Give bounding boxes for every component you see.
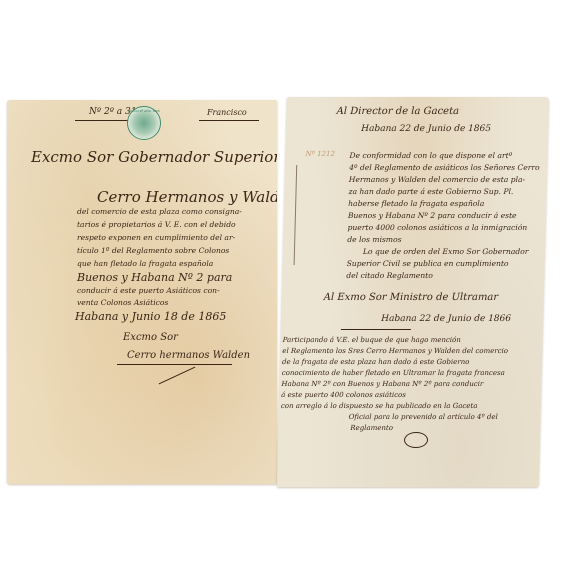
closing: Excmo Sor	[123, 333, 178, 343]
second-date: Habana 22 de Junio de 1866	[381, 315, 511, 324]
signature-flourish	[117, 364, 232, 365]
second-addressee: Al Exmo Sor Ministro de Ultramar	[324, 293, 499, 303]
header-right: Francisco	[207, 109, 247, 117]
place-date: Habana y Junio 18 de 1865	[75, 311, 226, 322]
petitioner: Cerro Hermanos y Walden	[97, 190, 277, 205]
date-line: Habana 22 de Junio de 1865	[361, 125, 491, 134]
header-right-underline	[199, 120, 259, 121]
right-document: Al Director de la Gaceta Habana 22 de Ju…	[277, 97, 549, 487]
addressee: Al Director de la Gaceta	[336, 107, 459, 117]
date-underline	[341, 329, 411, 330]
rubric-signature	[404, 432, 428, 448]
margin-rule	[294, 165, 298, 265]
margin-note: Nº 1212	[305, 151, 335, 158]
signature-tail	[159, 367, 196, 385]
signature: Cerro hermanos Walden	[127, 351, 250, 361]
left-document: Nº 2º a 314 SELLO 4º AÑO 1865 Francisco …	[7, 100, 277, 484]
salutation: Excmo Sor Gobernador Superior Civil	[31, 150, 277, 165]
tax-stamp: SELLO 4º AÑO 1865	[127, 106, 161, 140]
